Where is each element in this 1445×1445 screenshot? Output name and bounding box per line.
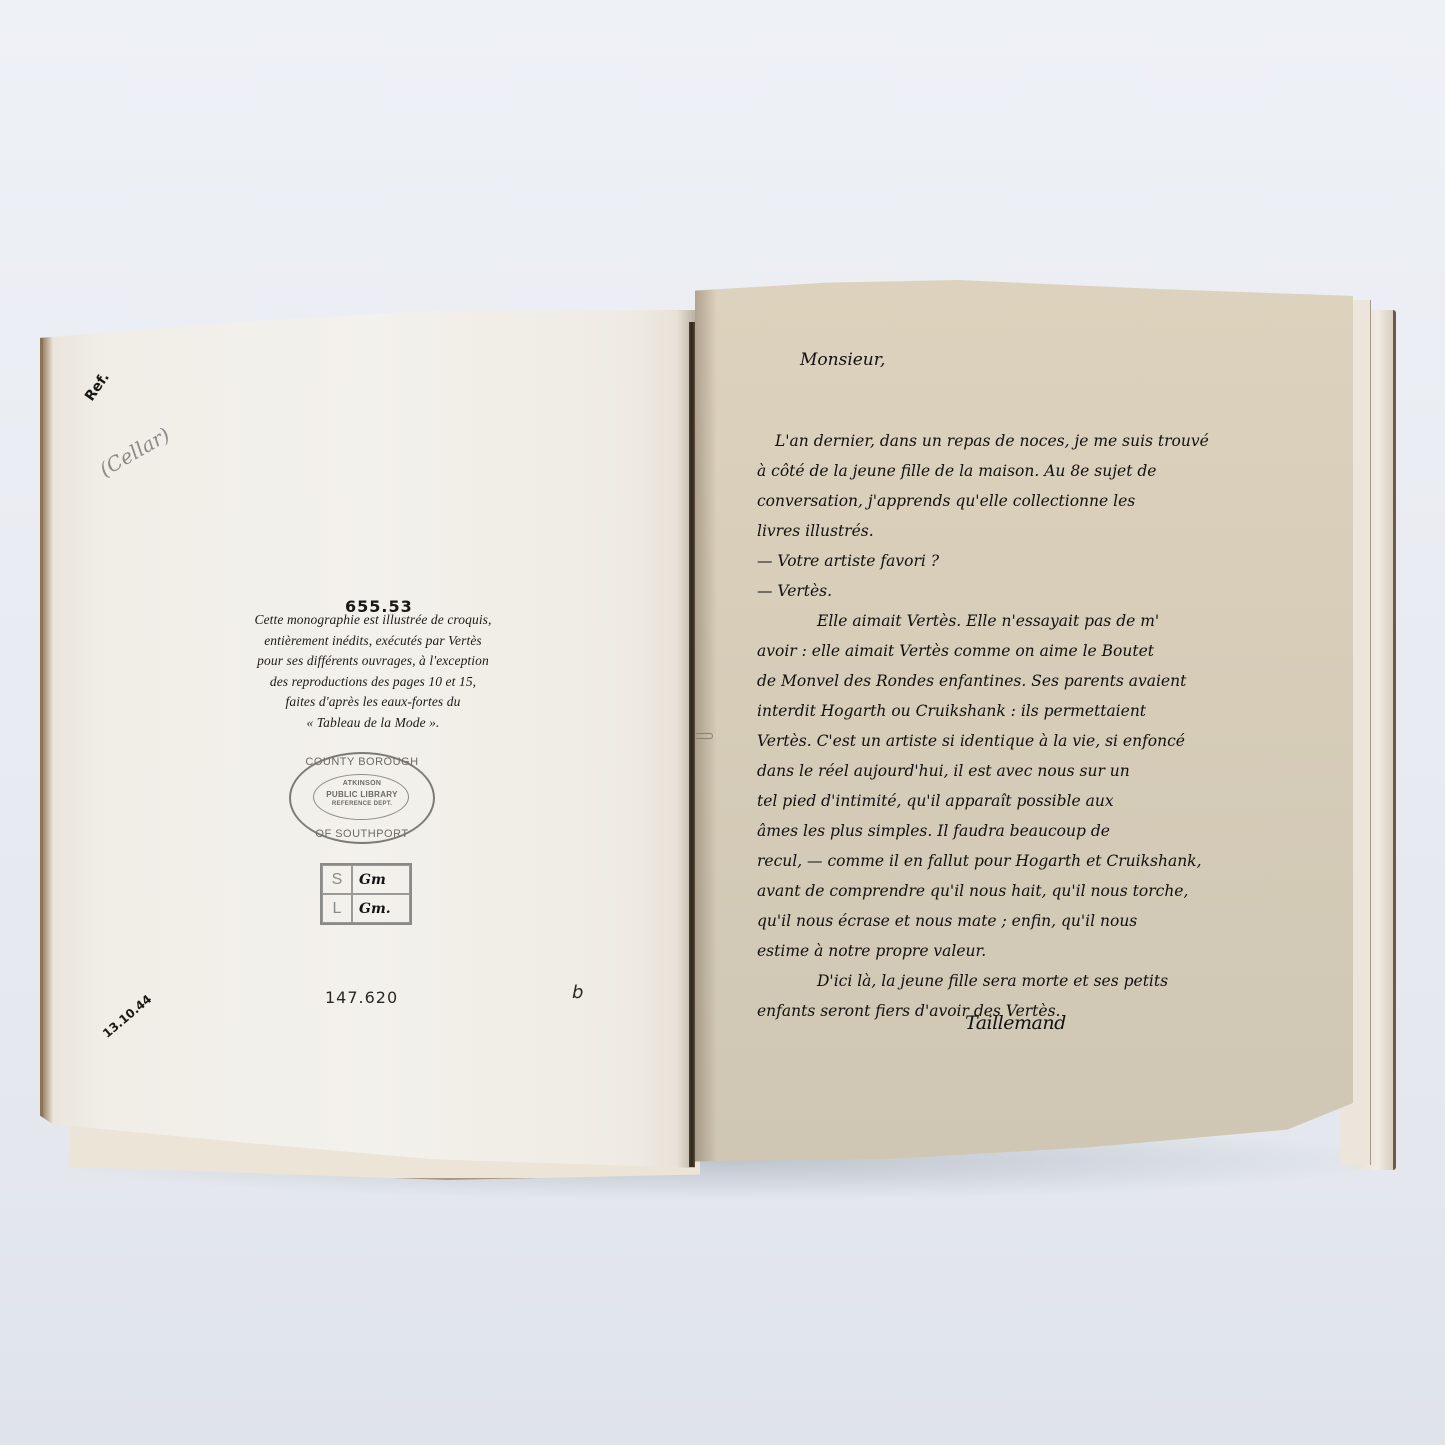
stamp-bottom-text: OF SOUTHPORT bbox=[291, 828, 433, 840]
notice-line: entièrement inédits, exécutés par Vertès bbox=[238, 631, 508, 652]
letter-line: avoir : elle aimait Vertès comme on aime… bbox=[757, 636, 1277, 666]
letter-line: D'ici là, la jeune fille sera morte et s… bbox=[757, 966, 1277, 996]
letter-salutation: Monsieur, bbox=[800, 350, 885, 370]
letter-line: âmes les plus simples. Il faudra beaucou… bbox=[757, 816, 1277, 846]
letter-line: — Votre artiste favori ? bbox=[757, 546, 1277, 576]
letter-line: — Vertès. bbox=[757, 576, 1277, 606]
stock-check-box: S Gm L Gm. bbox=[320, 863, 412, 925]
handwritten-letter: L'an dernier, dans un repas de noces, je… bbox=[757, 426, 1277, 1026]
letter-line: estime à notre propre valeur. bbox=[757, 936, 1277, 966]
notice-line: « Tableau de la Mode ». bbox=[238, 713, 508, 734]
letter-line: L'an dernier, dans un repas de noces, je… bbox=[757, 426, 1277, 456]
stamp-line-2: PUBLIC LIBRARY bbox=[291, 790, 433, 799]
notice-line: Cette monographie est illustrée de croqu… bbox=[238, 610, 508, 631]
letter-line: Vertès. C'est un artiste si identique à … bbox=[757, 726, 1277, 756]
letter-signature: Taillemand bbox=[965, 1012, 1066, 1034]
letter-line: qu'il nous écrase et nous mate ; enfin, … bbox=[757, 906, 1277, 936]
library-stamp: COUNTY BOROUGH ATKINSON PUBLIC LIBRARY R… bbox=[289, 752, 435, 844]
letter-line: Elle aimait Vertès. Elle n'essayait pas … bbox=[757, 606, 1277, 636]
photo-scene: Ref. (Cellar) 655.53 Cette monographie e… bbox=[0, 0, 1445, 1445]
letter-line: livres illustrés. bbox=[757, 516, 1277, 546]
letter-line: interdit Hogarth ou Cruikshank : ils per… bbox=[757, 696, 1277, 726]
letter-line: tel pied d'intimité, qu'il apparaît poss… bbox=[757, 786, 1277, 816]
page-mark: b bbox=[572, 982, 583, 1003]
letter-line: recul, — comme il en fallut pour Hogarth… bbox=[757, 846, 1277, 876]
notice-line: faites d'après les eaux-fortes du bbox=[238, 692, 508, 713]
notice-line: des reproductions des pages 10 et 15, bbox=[238, 672, 508, 693]
notice-line: pour ses différents ouvrages, à l'except… bbox=[238, 651, 508, 672]
letter-line: de Monvel des Rondes enfantines. Ses par… bbox=[757, 666, 1277, 696]
stamp-line-3: REFERENCE DEPT. bbox=[291, 801, 433, 807]
sl-initials: Gm bbox=[352, 865, 410, 894]
letter-line: conversation, j'apprends qu'elle collect… bbox=[757, 486, 1277, 516]
letter-line: avant de comprendre qu'il nous hait, qu'… bbox=[757, 876, 1277, 906]
letter-line: dans le réel aujourd'hui, il est avec no… bbox=[757, 756, 1277, 786]
accession-number: 147.620 bbox=[325, 988, 398, 1007]
letter-line: à côté de la jeune fille de la maison. A… bbox=[757, 456, 1277, 486]
book-spine bbox=[689, 322, 695, 1167]
sl-letter: S bbox=[322, 865, 352, 894]
binding-thread bbox=[696, 733, 713, 739]
printed-notice: Cette monographie est illustrée de croqu… bbox=[238, 610, 508, 733]
stamp-line-1: ATKINSON bbox=[291, 780, 433, 787]
sl-initials: Gm. bbox=[352, 894, 410, 923]
sl-letter: L bbox=[322, 894, 352, 923]
stamp-top-text: COUNTY BOROUGH bbox=[291, 756, 433, 768]
